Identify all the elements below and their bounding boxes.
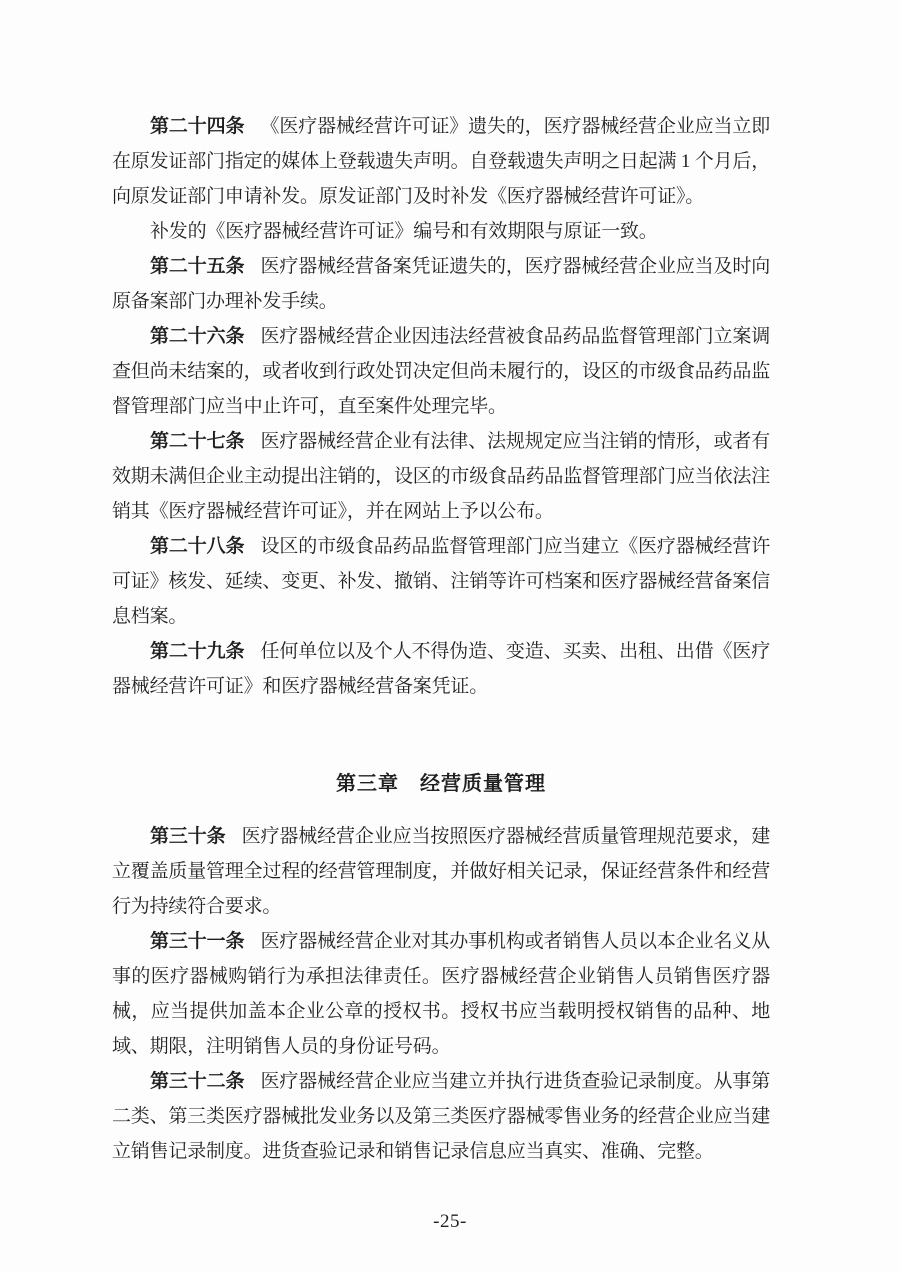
article-28: 第二十八条设区的市级食品药品监督管理部门应当建立《医疗器械经营许可证》核发、延续… <box>112 529 770 634</box>
article-25-number: 第二十五条 <box>150 256 244 277</box>
article-24-number: 第二十四条 <box>150 116 244 137</box>
article-27-number: 第二十七条 <box>150 431 244 452</box>
page-number: -25- <box>0 1211 900 1233</box>
chapter-3-heading: 第三章 经营质量管理 <box>112 767 770 802</box>
article-24-supplement-text: 补发的《医疗器械经营许可证》编号和有效期限与原证一致。 <box>150 221 658 242</box>
article-30-number: 第三十条 <box>150 826 226 847</box>
article-29-number: 第二十九条 <box>150 641 244 662</box>
article-24-supplement: 补发的《医疗器械经营许可证》编号和有效期限与原证一致。 <box>112 214 770 249</box>
article-32-number: 第三十二条 <box>150 1071 244 1092</box>
article-26: 第二十六条医疗器械经营企业因违法经营被食品药品监督管理部门立案调查但尚未结案的，… <box>112 319 770 424</box>
article-28-number: 第二十八条 <box>150 536 244 557</box>
article-31-number: 第三十一条 <box>150 931 244 952</box>
document-body: 第二十四条《医疗器械经营许可证》遗失的，医疗器械经营企业应当立即在原发证部门指定… <box>112 109 770 1169</box>
document-page: 第二十四条《医疗器械经营许可证》遗失的，医疗器械经营企业应当立即在原发证部门指定… <box>0 0 900 1273</box>
article-25: 第二十五条医疗器械经营备案凭证遗失的，医疗器械经营企业应当及时向原备案部门办理补… <box>112 249 770 319</box>
article-26-number: 第二十六条 <box>150 326 244 347</box>
article-29: 第二十九条任何单位以及个人不得伪造、变造、买卖、出租、出借《医疗器械经营许可证》… <box>112 634 770 704</box>
article-24: 第二十四条《医疗器械经营许可证》遗失的，医疗器械经营企业应当立即在原发证部门指定… <box>112 109 770 214</box>
article-30: 第三十条医疗器械经营企业应当按照医疗器械经营质量管理规范要求，建立覆盖质量管理全… <box>112 819 770 924</box>
article-27: 第二十七条医疗器械经营企业有法律、法规规定应当注销的情形，或者有效期未满但企业主… <box>112 424 770 529</box>
article-32: 第三十二条医疗器械经营企业应当建立并执行进货查验记录制度。从事第二类、第三类医疗… <box>112 1064 770 1169</box>
article-31: 第三十一条医疗器械经营企业对其办事机构或者销售人员以本企业名义从事的医疗器械购销… <box>112 924 770 1064</box>
